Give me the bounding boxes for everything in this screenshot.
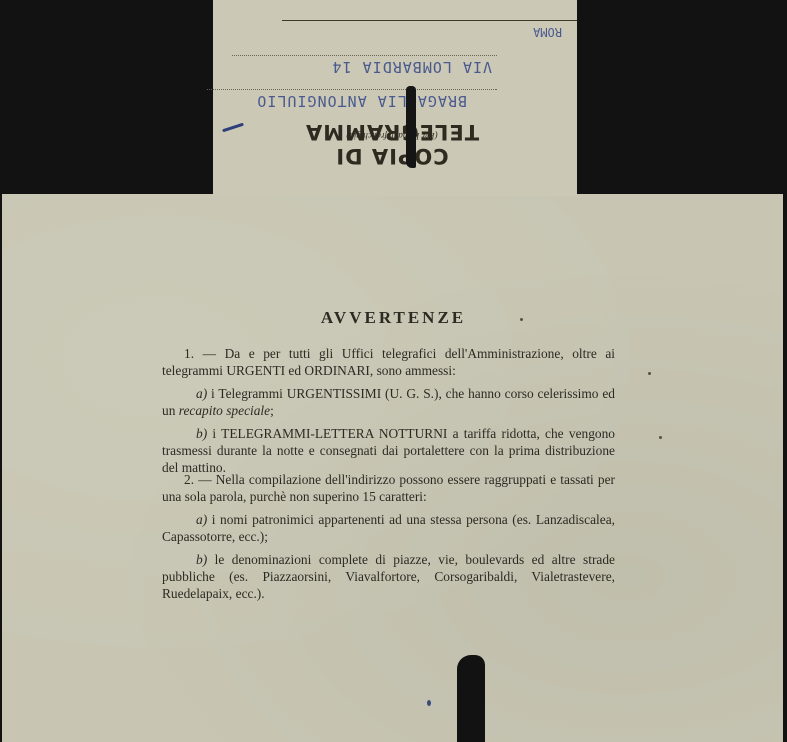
- recipient-name: BRAGAGLIA ANTONGIULIO: [207, 89, 497, 110]
- item-text-end: ;: [270, 403, 274, 418]
- item-label: b): [196, 552, 207, 567]
- section-2: 2. — Nella compilazione dell'indirizzo p…: [162, 471, 615, 608]
- recipient-street: VIA LOMBARDIA 14: [232, 55, 497, 76]
- item-text-italic: recapito speciale: [179, 403, 270, 418]
- section-1-item-a: a) i Telegrammi URGENTISSIMI (U. G. S.),…: [162, 385, 615, 419]
- item-label: a): [196, 512, 207, 527]
- item-text: i TELEGRAMMI-LETTERA NOTTURNI a tariffa …: [162, 426, 615, 475]
- section-number: 2. —: [184, 472, 212, 487]
- item-label: b): [196, 426, 207, 441]
- section-1: 1. — Da e per tutti gli Uffici telegrafi…: [162, 345, 615, 482]
- paper-speck: [520, 318, 523, 321]
- flap-subtitle: (Per Roma in franchigia): [317, 131, 467, 141]
- section-2-item-a: a) i nomi patronimici appartenenti ad un…: [162, 511, 615, 545]
- section-2-item-b: b) le denominazioni complete di piazze, …: [162, 551, 615, 602]
- section-text: Nella compilazione dell'indirizzo posson…: [162, 472, 615, 504]
- ink-blot-mark: [406, 86, 416, 168]
- flap-title: COPIA DI TELEGRAMMA: [247, 120, 537, 168]
- flap-upside-down-content: COPIA DI TELEGRAMMA (Per Roma in franchi…: [213, 0, 577, 196]
- section-1-intro: 1. — Da e per tutti gli Uffici telegrafi…: [162, 345, 615, 379]
- page-heading: AVVERTENZE: [0, 308, 787, 328]
- item-label: a): [196, 386, 207, 401]
- item-text: i nomi patronimici appartenenti ad una s…: [162, 512, 615, 544]
- telegram-envelope-flap: COPIA DI TELEGRAMMA (Per Roma in franchi…: [213, 0, 577, 196]
- paper-speck: [659, 436, 662, 439]
- paper-speck: [427, 700, 431, 706]
- section-1-item-b: b) i TELEGRAMMI-LETTERA NOTTURNI a tarif…: [162, 425, 615, 476]
- section-text: Da e per tutti gli Uffici telegrafici de…: [162, 346, 615, 378]
- paper-tear: [457, 655, 485, 742]
- recipient-city: ROMA: [282, 20, 577, 39]
- section-number: 1. —: [184, 346, 216, 361]
- paper-speck: [648, 372, 651, 375]
- item-text: le denominazioni complete di piazze, vie…: [162, 552, 615, 601]
- section-2-intro: 2. — Nella compilazione dell'indirizzo p…: [162, 471, 615, 505]
